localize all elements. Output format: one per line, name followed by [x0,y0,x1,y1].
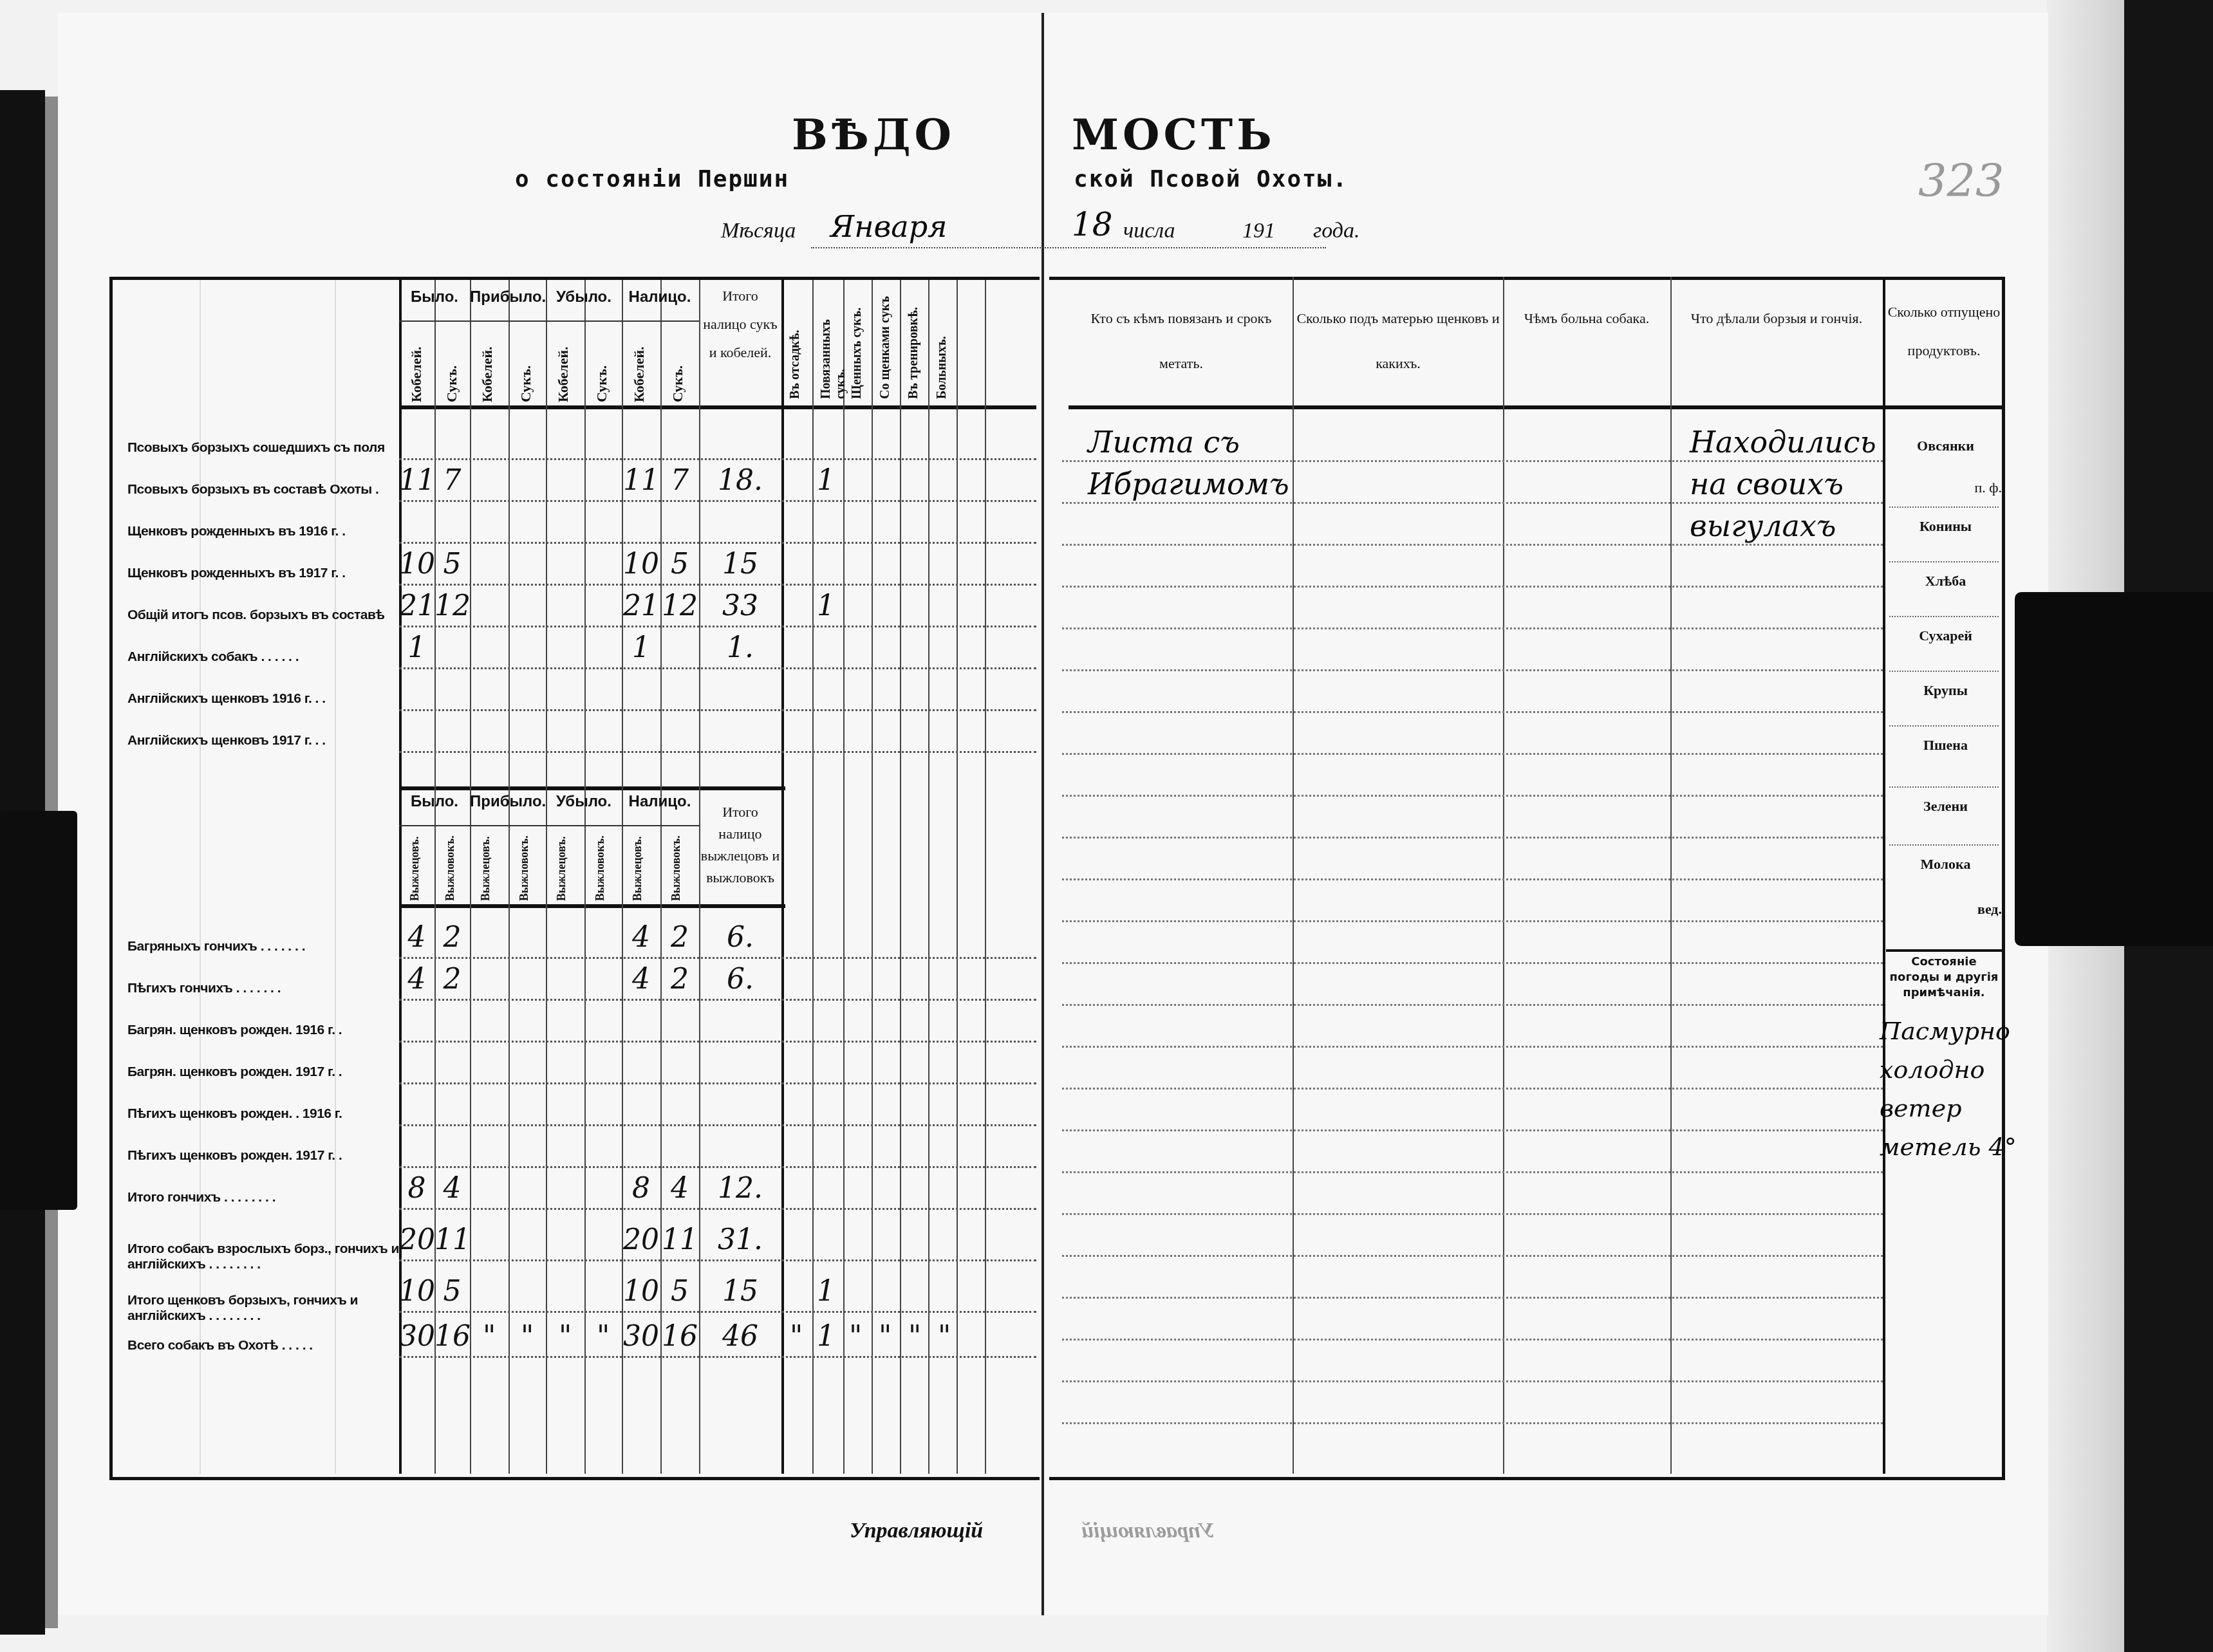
cell-nal-f: 2 [660,963,699,996]
product-rule [1889,844,1999,846]
cell-total: 1. [699,631,781,664]
cell-bylo-m: 21 [399,589,434,622]
cell-total: 15 [699,1275,781,1308]
date-month-value: Января [830,209,948,244]
group-underline [399,320,470,322]
row-rule [1062,878,1883,880]
notes-header: Состояніе погоды и другія примѣчанія. [1886,949,2002,1001]
entry-mating-line2: Ибрагимомъ [1088,467,1289,501]
product-0: Овсянки [1889,438,2002,454]
hound-hdr-pribylo: Прибыло. [470,793,546,811]
cell-bylo-f: 16 [434,1320,470,1353]
row-rule [399,957,1036,959]
cell-bylo-f: 5 [434,1275,470,1308]
row-rule [399,667,1036,669]
date-day-value: 18 [1072,206,1113,243]
row-label: Щенковъ рожденныхъ въ 1917 г. . [127,566,411,581]
status-cell: " [929,1320,959,1353]
status-header: Повязанныхъ сукъ. [819,290,848,399]
note-line: ветер [1880,1094,1961,1122]
status-cell: 1 [811,1320,841,1353]
cell-nal-m: 8 [622,1172,660,1205]
header-rule-right [1069,405,2002,409]
group-underline [622,825,699,826]
row-rule [399,626,1036,627]
sub-header-males: Кобелей. [555,325,572,402]
row-label: Багрян. щенковъ рожден. 1916 г. . [127,1023,411,1038]
row-label: Щенковъ рожденныхъ въ 1916 г. . [127,524,411,539]
row-rule [1062,962,1883,964]
date-year-label: года. [1313,219,1360,243]
row-rule [399,751,1036,753]
hound-sub-header-males: Выжлецовъ. [631,830,644,901]
row-label: Итого гончихъ . . . . . . . . [127,1190,411,1205]
row-rule [1062,544,1883,546]
row-rule [1062,1339,1883,1341]
hdr-nalico: Налицо. [622,288,698,306]
book-gutter [1041,13,1044,1615]
row-rule [1062,795,1883,797]
row-rule [1062,1046,1883,1048]
cell-bylo-f: 5 [434,548,470,580]
hdr-products: Сколько отпущено продуктовъ. [1886,293,2002,370]
cell-nal-m: 1 [622,631,660,664]
sub-header-females: Сукъ. [444,325,460,402]
cell-nal-m: 4 [622,921,660,954]
group-underline [622,320,699,322]
note-line: Пасмурно [1880,1017,2010,1045]
cell-ub-m: " [546,1320,584,1353]
row-rule [1062,753,1883,755]
row-rule [399,1166,1036,1168]
hound-hdr-nalico: Налицо. [622,793,698,811]
hound-hdr-ubylo: Убыло. [546,793,622,811]
product-rule [1889,561,1999,562]
binder-clip-right [2015,592,2213,946]
hdr-ubylo: Убыло. [546,288,622,306]
cell-bylo-m: 30 [399,1320,434,1353]
sub-header-males: Кобелей. [631,325,648,402]
product-6: Пшена [1889,737,2002,754]
cell-total: 6. [699,921,781,954]
title-right: МОСТЬ [1072,109,1276,160]
col-divider [1883,277,1885,1474]
cell-nal-f: 5 [660,548,699,580]
hdr-activity: Что дѣлали борзыя и гончія. [1674,296,1880,341]
cell-nal-f: 4 [660,1172,699,1205]
footer-signature-bleedthrough: Управляющій [1081,1519,1215,1543]
cell-bylo-m: 4 [399,963,434,996]
cell-nal-f: 16 [660,1320,699,1353]
product-3: Хлѣба [1889,573,2002,589]
date-year-prefix: 191 [1242,219,1275,243]
cell-nal-f: 12 [660,589,699,622]
cell-nal-m: 4 [622,963,660,996]
col-divider [1293,277,1294,1474]
row-label: Итого собакъ взрослыхъ борз., гончихъ и … [127,1241,411,1272]
folio-number: 323 [1918,154,2004,207]
cell-bylo-m: 11 [399,464,434,497]
row-label: Всего собакъ въ Охотѣ . . . . . [127,1338,411,1353]
product-2: Конины [1889,518,2002,535]
product-rule [1889,786,1999,788]
hound-header-rule-top [399,786,785,790]
footer-signature-label: Управляющій [850,1519,983,1543]
sub-header-females: Сукъ. [669,325,686,402]
hdr-total: Итого налицо сукъ и кобелей. [699,282,781,367]
cell-nal-m: 11 [622,464,660,497]
cell-nal-f: 7 [660,464,699,497]
entry-activity-line3: выгулахъ [1690,508,1836,543]
hound-sub-header-females: Выжловокъ. [444,830,457,901]
cell-prib-f: " [509,1320,546,1353]
hdr-bylo: Было. [399,288,470,306]
status-cell: 1 [811,1275,841,1308]
group-underline [399,825,470,826]
product-1: п. ф. [1889,479,2002,496]
status-cell: " [781,1320,811,1353]
row-label: Общій итогъ псов. борзыхъ въ составѣ [127,608,411,623]
hdr-under-mother: Сколько подъ матерью щенковъ и какихъ. [1295,296,1501,386]
row-label: Итого щенковъ борзыхъ, гончихъ и англійс… [127,1293,411,1324]
cell-bylo-m: 10 [399,548,434,580]
status-cell: 1 [811,589,841,622]
row-rule [1062,1088,1883,1090]
status-cell: 1 [811,464,841,497]
cell-bylo-f: 2 [434,921,470,954]
subtitle-right: ской Псовой Охоты. [1074,166,1348,192]
row-label: Багряныхъ гончихъ . . . . . . . [127,939,411,954]
row-rule [1062,1255,1883,1257]
cell-bylo-f: 12 [434,589,470,622]
cell-total: 6. [699,963,781,996]
row-rule [1062,1004,1883,1006]
cell-nal-f: 2 [660,921,699,954]
row-rule [399,709,1036,711]
hound-hdr-total: Итого налицо выжлецовъ и выжловокъ [699,801,781,889]
product-5: Крупы [1889,682,2002,699]
hound-sub-header-females: Выжловокъ. [518,830,531,901]
product-rule [1889,616,1999,617]
sub-header-males: Кобелей. [408,325,425,402]
title-left: ВѢДО [792,109,955,160]
header-rule-left [399,405,1036,409]
col-divider [1503,277,1504,1474]
note-line: метель 4° [1880,1133,2017,1161]
group-underline [546,320,622,322]
cell-bylo-f: 11 [434,1223,470,1256]
cell-bylo-f: 7 [434,464,470,497]
cell-total: 15 [699,548,781,580]
row-rule [1062,1422,1883,1424]
hound-sub-header-males: Выжлецовъ. [408,830,422,901]
row-rule [1062,1297,1883,1299]
status-header: Со щенками сукъ [878,290,893,399]
row-rule [1062,627,1883,629]
cell-bylo-m: 10 [399,1275,434,1308]
cell-nal-f: 5 [660,1275,699,1308]
row-rule [1062,460,1883,462]
note-line: холодно [1880,1055,1984,1084]
cell-nal-m: 10 [622,548,660,580]
cell-bylo-f: 4 [434,1172,470,1205]
cell-nal-m: 21 [622,589,660,622]
subtitle-left: о состояніи Першин [515,166,789,192]
row-rule [1062,1129,1883,1131]
product-9: вед. [1889,901,2002,918]
cell-bylo-m: 1 [399,631,434,664]
hound-hdr-bylo: Было. [399,793,470,811]
hdr-pribylo: Прибыло. [470,288,546,306]
cell-nal-f: 11 [660,1223,699,1256]
hound-sub-header-males: Выжлецовъ. [555,830,568,901]
sub-header-males: Кобелей. [479,325,496,402]
row-rule [399,1082,1036,1084]
product-7: Зелени [1889,798,2002,815]
row-rule [399,1259,1036,1261]
hound-sub-header-males: Выжлецовъ. [479,830,492,901]
hdr-illness: Чѣмъ больна собака. [1506,296,1667,341]
row-rule [1062,1213,1883,1215]
row-label: Багрян. щенковъ рожден. 1917 г. . [127,1064,411,1080]
row-rule [399,999,1036,1001]
row-label: Англійскихъ щенковъ 1917 г. . . [127,733,411,748]
row-rule [1062,1380,1883,1382]
cell-ub-f: " [584,1320,622,1353]
group-underline [470,320,546,322]
entry-activity-line1: Находились [1690,425,1876,459]
row-rule [399,1208,1036,1210]
date-day-label: числа [1123,219,1175,243]
cell-total: 31. [699,1223,781,1256]
hound-sub-header-females: Выжловокъ. [593,830,607,901]
row-label: Псовыхъ борзыхъ въ составѣ Охоты . [127,482,411,497]
binder-clip-left [0,811,77,1210]
row-rule [1062,502,1883,504]
row-label: Псовыхъ борзыхъ сошедшихъ съ поля [127,440,411,456]
status-header: Въ тренировкѣ. [906,290,921,399]
row-rule [399,500,1036,502]
row-label: Пѣгихъ щенковъ рожден. 1917 г. . [127,1148,411,1164]
row-rule [399,458,1036,460]
sub-header-females: Сукъ. [593,325,610,402]
row-label: Англійскихъ щенковъ 1916 г. . . [127,691,411,707]
product-rule [1889,506,1999,508]
cell-nal-m: 10 [622,1275,660,1308]
cell-nal-m: 20 [622,1223,660,1256]
entry-mating-line1: Листа съ [1088,425,1240,459]
hdr-mating: Кто съ кѣмъ повязанъ и срокъ метать. [1072,296,1291,386]
row-rule [399,1356,1036,1358]
hound-header-rule-bottom [399,904,785,908]
cell-bylo-f: 2 [434,963,470,996]
status-header: Щенныхъ сукъ. [850,290,864,399]
cell-nal-m: 30 [622,1320,660,1353]
row-rule [399,1311,1036,1313]
row-rule [1062,669,1883,671]
hound-sub-header-females: Выжловокъ. [669,830,683,901]
entry-activity-line2: на своихъ [1690,467,1844,501]
group-underline [470,825,546,826]
cell-total: 33 [699,589,781,622]
row-rule [1062,837,1883,839]
row-rule [1062,711,1883,713]
cell-total: 46 [699,1320,781,1353]
row-rule [399,1124,1036,1126]
row-rule [399,584,1036,586]
col-divider [1670,277,1672,1474]
product-rule [1889,725,1999,727]
status-header: Въ отсадкѣ. [788,290,803,399]
status-cell: " [841,1320,870,1353]
status-cell: " [900,1320,929,1353]
row-label: Пѣгихъ гончихъ . . . . . . . [127,981,411,996]
cell-bylo-m: 20 [399,1223,434,1256]
cell-bylo-m: 8 [399,1172,434,1205]
status-header: Больныхъ. [935,290,949,399]
row-label: Англійскихъ собакъ . . . . . . [127,649,411,665]
cell-total: 18. [699,464,781,497]
row-rule [399,1041,1036,1043]
row-rule [399,542,1036,544]
row-rule [1062,586,1883,588]
cell-total: 12. [699,1172,781,1205]
cell-prib-m: " [470,1320,509,1353]
product-4: Сухарей [1889,627,2002,644]
sub-header-females: Сукъ. [518,325,534,402]
date-underline [811,247,1326,248]
status-cell: " [870,1320,900,1353]
product-8: Молока [1889,856,2002,873]
group-underline [546,825,622,826]
row-rule [1062,920,1883,922]
product-rule [1889,671,1999,672]
date-month-label: Мѣсяца [721,219,796,243]
row-label: Пѣгихъ щенковъ рожден. . 1916 г. [127,1106,411,1122]
cell-bylo-m: 4 [399,921,434,954]
row-rule [1062,1171,1883,1173]
